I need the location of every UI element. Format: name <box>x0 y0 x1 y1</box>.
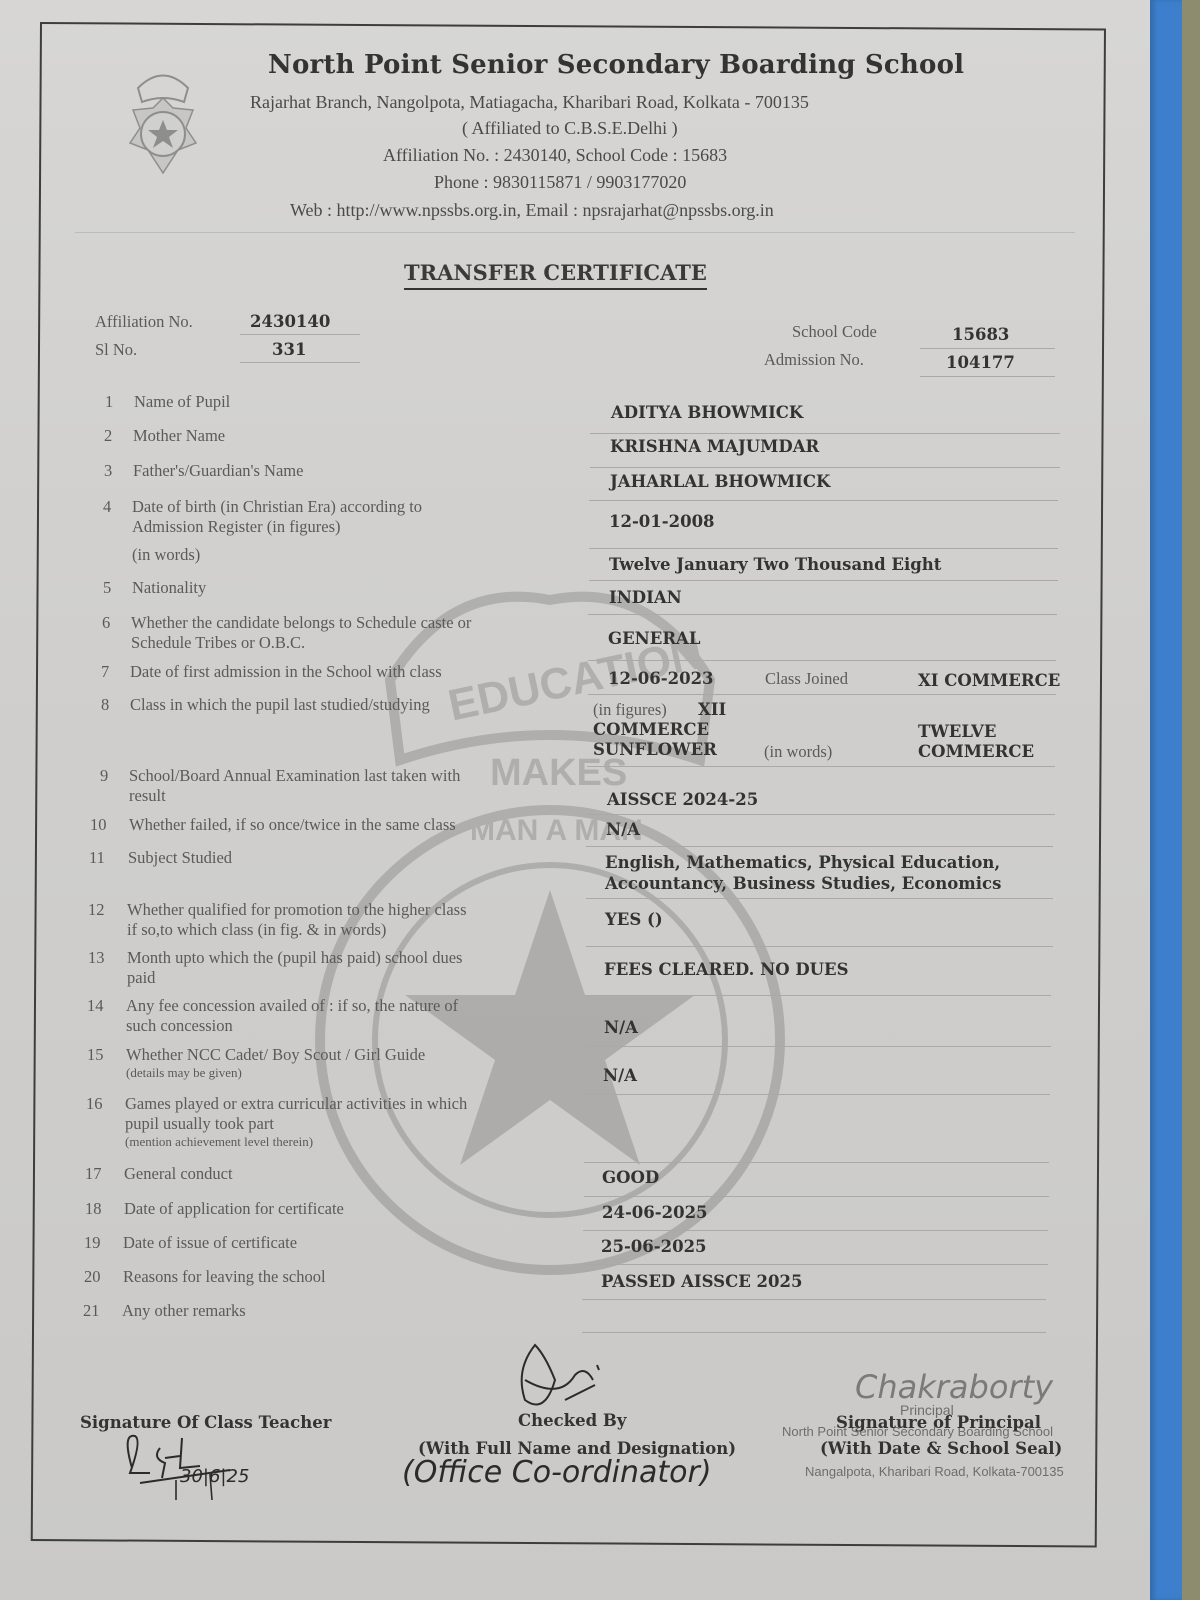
field-number: 16 <box>86 1094 103 1114</box>
field-label-line2: such concession <box>126 1016 233 1036</box>
field-label: Whether the candidate belongs to Schedul… <box>131 613 471 633</box>
blue-folder-edge <box>1150 0 1182 1600</box>
class-words-value: TWELVE <box>918 722 996 741</box>
sl-no-value: 331 <box>272 340 306 359</box>
field-value: KRISHNA MAJUMDAR <box>610 437 819 456</box>
field-underline <box>588 694 1056 695</box>
field-underline <box>589 548 1058 549</box>
field-number: 3 <box>104 461 112 481</box>
field-label: School/Board Annual Examination last tak… <box>129 766 460 786</box>
class-joined-value: XI COMMERCE <box>918 671 1060 690</box>
field-value: GENERAL <box>608 629 700 648</box>
field-label: Games played or extra curricular activit… <box>125 1094 467 1114</box>
field-underline <box>588 660 1056 661</box>
field-underline <box>585 995 1051 996</box>
field-value: ADITYA BHOWMICK <box>611 403 803 422</box>
field-underline <box>584 1094 1050 1095</box>
field-label: Date of birth (in Christian Era) accordi… <box>132 497 422 517</box>
certificate-title: TRANSFER CERTIFICATE <box>404 260 707 290</box>
field-label: Father's/Guardian's Name <box>133 461 303 481</box>
class-teacher-date: 30|6|25 <box>180 1466 249 1487</box>
field-number: 6 <box>102 613 110 633</box>
field-label: General conduct <box>124 1164 233 1184</box>
field-underline <box>588 614 1057 615</box>
field-label-line2: if so,to which class (in fig. & in words… <box>127 920 386 940</box>
class-words-label: (in words) <box>764 742 832 762</box>
school-code-label: School Code <box>792 322 877 342</box>
school-address: Rajarhat Branch, Nangolpota, Matiagacha,… <box>250 92 809 113</box>
field-label-line2: Admission Register (in figures) <box>132 517 341 537</box>
field-value: N/A <box>603 1066 637 1085</box>
field-underline <box>583 1230 1048 1231</box>
field-number: 19 <box>84 1233 101 1253</box>
field-value: N/A <box>606 820 640 839</box>
phone-number: Phone : 9830115871 / 9903177020 <box>434 172 686 193</box>
field-underline <box>589 500 1058 501</box>
field-underline <box>590 433 1060 434</box>
field-value: English, Mathematics, Physical Education… <box>605 853 1000 872</box>
sl-no-label: Sl No. <box>95 340 137 360</box>
field-number: 1 <box>105 392 113 412</box>
field-value-in-words: Twelve January Two Thousand Eight <box>609 555 941 574</box>
web-email: Web : http://www.npssbs.org.in, Email : … <box>290 200 774 221</box>
field-value: PASSED AISSCE 2025 <box>601 1272 802 1291</box>
field-value-line2: Accountancy, Business Studies, Economics <box>605 874 1001 893</box>
field-value: 12-06-2023 <box>608 669 714 688</box>
field-underline <box>584 1162 1049 1163</box>
field-number: 8 <box>101 695 109 715</box>
field-label: Reasons for leaving the school <box>123 1267 326 1287</box>
class-figures-value-line3: SUNFLOWER <box>593 740 717 759</box>
class-figures-prefix: (in figures) <box>593 700 667 720</box>
field-number: 4 <box>103 497 111 517</box>
field-label: Class in which the pupil last studied/st… <box>130 695 430 715</box>
field-number: 13 <box>88 948 105 968</box>
checked-by-label: Checked By <box>518 1411 626 1430</box>
field-label-line2: (details may be given) <box>126 1065 242 1081</box>
field-number: 7 <box>101 662 109 682</box>
field-label: Whether NCC Cadet/ Boy Scout / Girl Guid… <box>126 1045 425 1065</box>
principal-signature-sublabel: (With Date & School Seal) <box>820 1439 1062 1458</box>
affiliation-board: ( Affiliated to C.B.S.E.Delhi ) <box>462 118 678 139</box>
field-underline <box>586 898 1053 899</box>
field-underline <box>582 1299 1046 1300</box>
field-label-line3: (mention achievement level therein) <box>125 1134 313 1150</box>
affiliation-info: Affiliation No. : 2430140, School Code :… <box>383 145 727 166</box>
principal-signature-label: Signature of Principal <box>836 1413 1041 1432</box>
affiliation-value: 2430140 <box>250 312 330 331</box>
field-number: 9 <box>100 766 108 786</box>
field-underline <box>589 580 1058 581</box>
field-number: 20 <box>84 1267 101 1287</box>
class-words-value-line2: COMMERCE <box>918 742 1034 761</box>
field-value: 12-01-2008 <box>609 512 715 531</box>
class-joined-label: Class Joined <box>765 669 848 689</box>
field-label: Subject Studied <box>128 848 232 868</box>
field-underline <box>587 766 1055 767</box>
field-value: AISSCE 2024-25 <box>607 790 758 809</box>
field-label: Mother Name <box>133 426 225 446</box>
field-value: 25-06-2025 <box>601 1237 707 1256</box>
principal-signature: Chakraborty <box>855 1368 1053 1406</box>
checked-by-designation: (Office Co-ordinator) <box>402 1455 712 1490</box>
field-underline <box>582 1332 1046 1333</box>
field-label: Month upto which the (pupil has paid) sc… <box>127 948 462 968</box>
stamp-address: Nangalpota, Kharibari Road, Kolkata-7001… <box>805 1464 1064 1479</box>
field-number: 18 <box>85 1199 102 1219</box>
field-underline <box>586 946 1053 947</box>
field-number: 17 <box>85 1164 102 1184</box>
field-label-line2: paid <box>127 968 155 988</box>
affiliation-label: Affiliation No. <box>95 312 193 332</box>
field-label-in-words: (in words) <box>132 545 200 565</box>
field-label: Whether qualified for promotion to the h… <box>127 900 467 920</box>
field-number: 12 <box>88 900 105 920</box>
field-label: Nationality <box>132 578 206 598</box>
school-code-value: 15683 <box>952 325 1009 344</box>
field-underline <box>587 814 1055 815</box>
field-value: GOOD <box>602 1168 659 1187</box>
field-number: 21 <box>83 1301 100 1321</box>
field-underline <box>585 1046 1051 1047</box>
field-value: JAHARLAL BHOWMICK <box>610 472 830 491</box>
field-label: Whether failed, if so once/twice in the … <box>129 815 456 835</box>
class-figures-value-line2: COMMERCE <box>593 720 709 739</box>
background-edge <box>1182 0 1200 1600</box>
school-crest-star-icon <box>118 58 208 178</box>
field-label: Name of Pupil <box>134 392 230 412</box>
field-number: 5 <box>103 578 111 598</box>
field-label-line2: result <box>129 786 166 806</box>
field-number: 10 <box>90 815 107 835</box>
field-label-line2: pupil usually took part <box>125 1114 274 1134</box>
school-name: North Point Senior Secondary Boarding Sc… <box>268 50 964 80</box>
field-number: 11 <box>89 848 105 868</box>
field-value: 24-06-2025 <box>602 1203 708 1222</box>
field-label: Date of application for certificate <box>124 1199 344 1219</box>
field-value: INDIAN <box>609 588 682 607</box>
class-figures-value: XII <box>698 700 726 719</box>
field-label: Any fee concession availed of : if so, t… <box>126 996 458 1016</box>
field-underline <box>590 467 1060 468</box>
admission-no-label: Admission No. <box>764 350 864 370</box>
field-label-line2: Schedule Tribes or O.B.C. <box>131 633 305 653</box>
field-label: Date of issue of certificate <box>123 1233 297 1253</box>
field-number: 14 <box>87 996 104 1016</box>
field-number: 15 <box>87 1045 104 1065</box>
field-underline <box>584 1196 1049 1197</box>
field-label: Any other remarks <box>122 1301 246 1321</box>
field-underline <box>583 1264 1048 1265</box>
field-number: 2 <box>104 426 112 446</box>
field-label: Date of first admission in the School wi… <box>130 662 442 682</box>
field-value: YES () <box>605 910 663 929</box>
field-underline <box>586 846 1053 847</box>
field-value: N/A <box>604 1018 638 1037</box>
admission-no-value: 104177 <box>946 353 1015 372</box>
field-value: FEES CLEARED. NO DUES <box>604 960 849 979</box>
